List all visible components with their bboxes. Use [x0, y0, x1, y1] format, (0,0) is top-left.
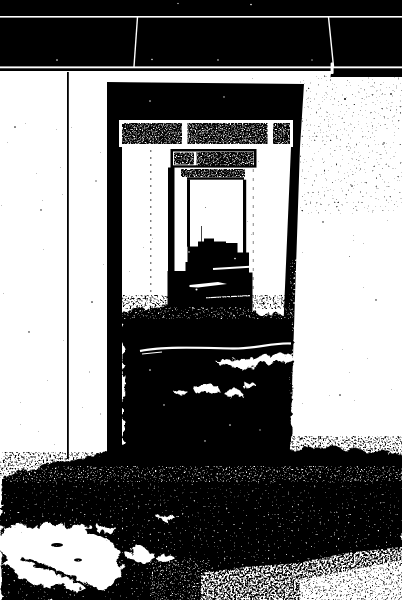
awning-joint-highlight — [331, 63, 334, 75]
photo-canvas: Aligned open doorways — high-contrast bl… — [0, 0, 402, 600]
transom-panes — [122, 123, 290, 144]
doorway-4-jamb-right — [243, 180, 246, 253]
doorway-3-jamb-left — [168, 168, 175, 272]
interior-shadow — [122, 295, 292, 471]
awning-bottom-seam — [0, 66, 402, 68]
photo-figure: Aligned open doorways — high-contrast bl… — [0, 0, 402, 600]
doorway-4-jamb-left — [187, 180, 190, 247]
wall-seam-line — [67, 72, 69, 459]
awning-band — [0, 0, 402, 71]
door-jamb-left — [107, 120, 122, 462]
ground-shadow — [0, 436, 402, 600]
transom-window — [119, 120, 293, 147]
doorway-5-edge-hint — [201, 226, 202, 242]
doorway-2-transom — [171, 149, 257, 168]
awning-right-extension — [331, 71, 402, 77]
awning — [0, 0, 402, 77]
doorway-3-lintel-line — [187, 177, 244, 179]
awning-top-seam — [0, 16, 402, 18]
